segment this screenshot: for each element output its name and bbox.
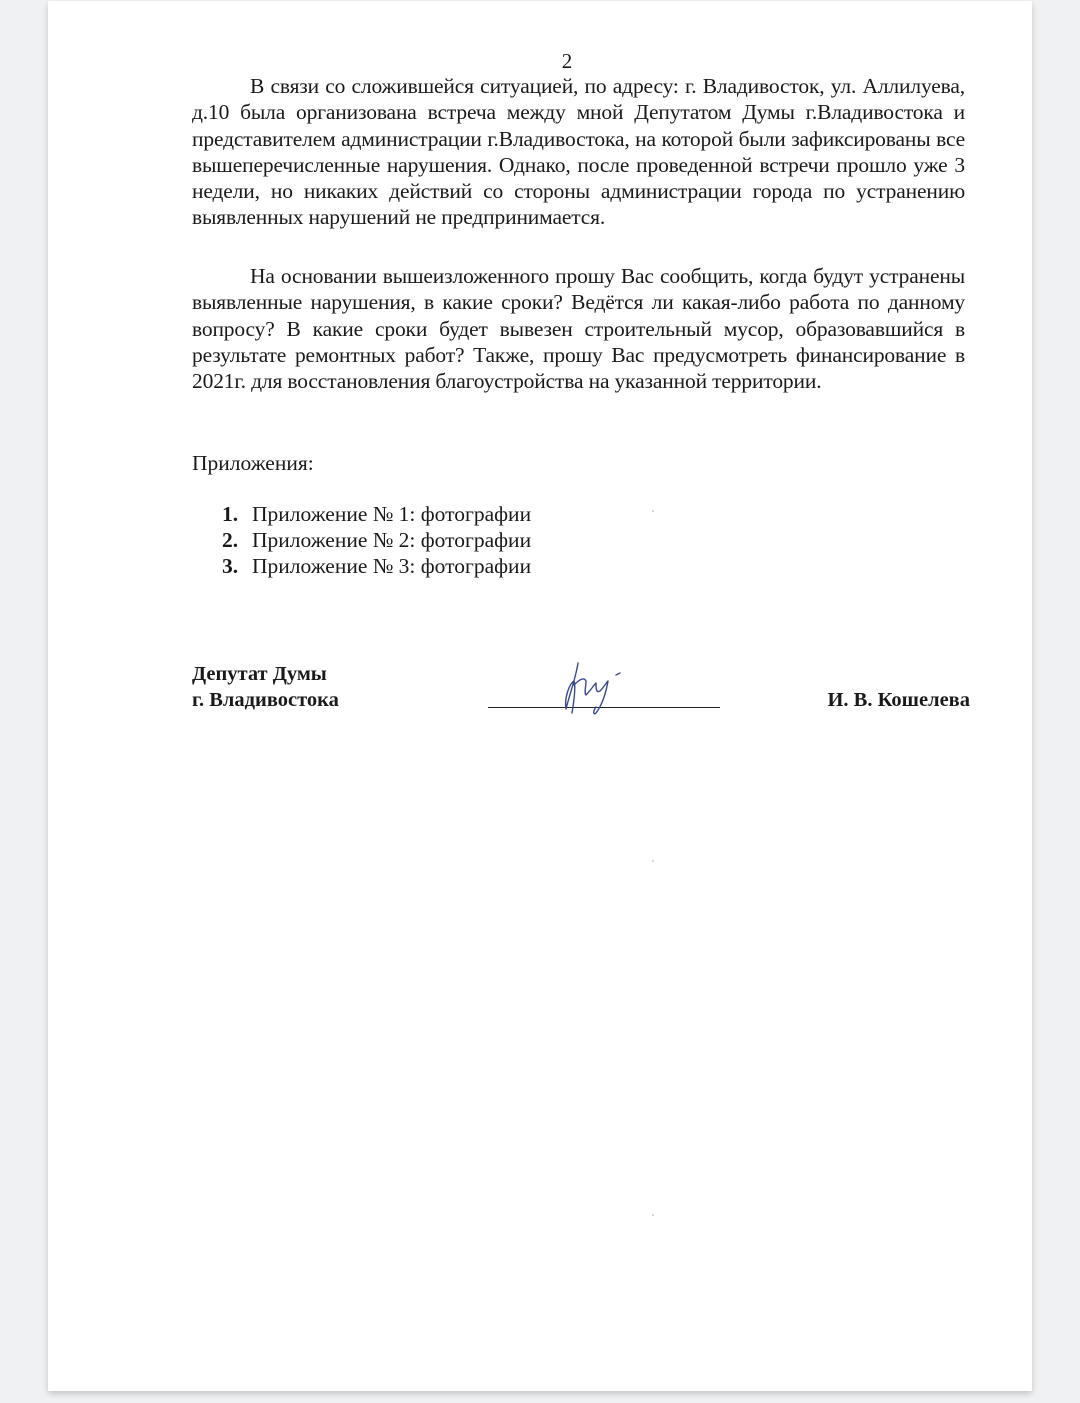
attachment-number: 2. (222, 527, 252, 553)
scan-speck (652, 510, 654, 512)
signer-title-line1: Депутат Думы (192, 661, 339, 687)
attachment-text: Приложение № 2: фотографии (252, 527, 531, 553)
signer-title: Депутат Думы г. Владивостока (192, 661, 339, 713)
paragraph-request: На основании вышеизложенного прошу Вас с… (192, 263, 965, 394)
attachment-item: 2. Приложение № 2: фотографии (222, 527, 531, 553)
attachment-item: 1. Приложение № 1: фотографии (222, 501, 531, 527)
signature-block: Депутат Думы г. Владивостока И. В. Кошел… (192, 661, 965, 721)
attachment-number: 1. (222, 501, 252, 527)
signer-title-line2: г. Владивостока (192, 687, 339, 713)
attachment-number: 3. (222, 553, 252, 579)
scan-speck (652, 1214, 654, 1216)
document-page: 2 В связи со сложившейся ситуацией, по а… (48, 1, 1032, 1391)
paragraph-meeting: В связи со сложившейся ситуацией, по адр… (192, 73, 965, 231)
attachments-list: 1. Приложение № 1: фотографии 2. Приложе… (222, 501, 531, 579)
attachments-heading: Приложения: (192, 450, 314, 476)
handwritten-signature-icon (556, 657, 646, 719)
scan-speck (652, 860, 654, 862)
signer-name: И. В. Кошелева (827, 687, 970, 713)
page-number: 2 (48, 48, 1032, 74)
paragraph-text: В связи со сложившейся ситуацией, по адр… (192, 73, 965, 231)
attachment-text: Приложение № 3: фотографии (252, 553, 531, 579)
paragraph-text: На основании вышеизложенного прошу Вас с… (192, 263, 965, 394)
attachment-text: Приложение № 1: фотографии (252, 501, 531, 527)
attachment-item: 3. Приложение № 3: фотографии (222, 553, 531, 579)
